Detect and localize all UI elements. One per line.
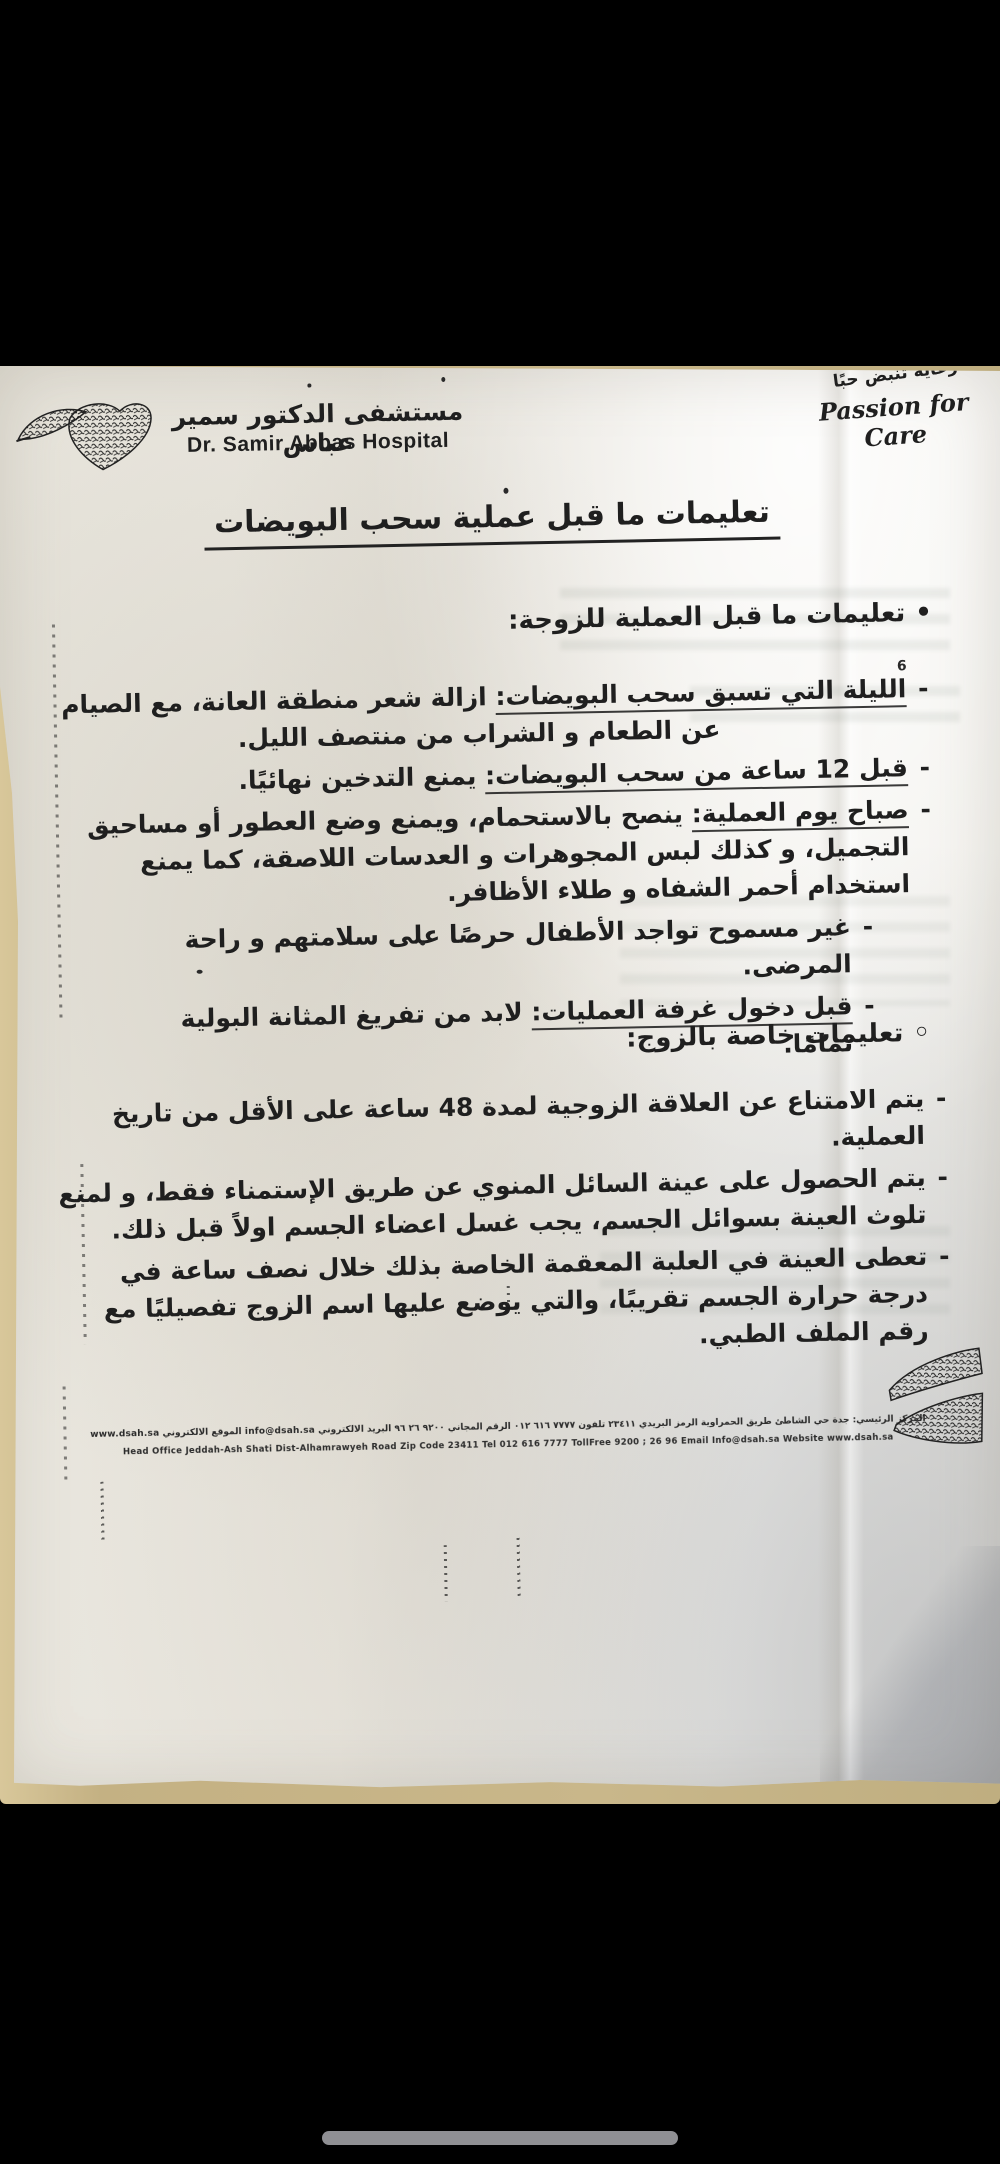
ink-dots xyxy=(444,1545,448,1601)
instruction-text: تعطى العينة في العلبة المعقمة الخاصة بذل… xyxy=(104,1242,929,1349)
dash-marker: - xyxy=(924,1079,959,1154)
dash-marker: - xyxy=(927,1237,963,1349)
stray-mark: 6 xyxy=(897,658,907,674)
dash-marker: - xyxy=(906,670,941,745)
ink-dots xyxy=(507,1286,510,1312)
section-heading-husband: ◦تعليمات خاصة بالزوج: xyxy=(626,1018,930,1054)
page-title: تعليمات ما قبل عملية سحب البويضات xyxy=(172,494,813,551)
dash-marker: - xyxy=(925,1158,960,1233)
ink-speck xyxy=(441,377,445,382)
ink-dots xyxy=(517,1538,521,1600)
instruction-text: يمنع التدخين نهائيًا. xyxy=(238,761,485,795)
hospital-slogan-english: Passion for Care xyxy=(805,386,984,456)
instruction-item: - يتم الحصول على عينة السائل المنوي عن ط… xyxy=(55,1158,961,1249)
ink-dots xyxy=(100,1482,104,1542)
instruction-item: - يتم الامتناع عن العلاقة الزوجية لمدة 4… xyxy=(53,1079,959,1170)
home-indicator[interactable] xyxy=(322,2131,678,2145)
instruction-item: - غير مسموح تواجد الأطفال حرصًا على سلام… xyxy=(105,908,886,997)
ink-speck xyxy=(307,384,311,388)
instruction-text: يتم الحصول على عينة السائل المنوي عن طري… xyxy=(58,1163,927,1245)
document-content: مستشفى الدكتور سمير عباس Dr. Samir Abbas… xyxy=(0,357,1000,1800)
instruction-item: - الليلة التي تسبق سحب البويضات: ازالة ش… xyxy=(50,670,941,761)
hospital-logo-icon xyxy=(14,393,156,491)
dash-marker: - xyxy=(908,790,944,902)
document-photo: مستشفى الدكتور سمير عباس Dr. Samir Abbas… xyxy=(0,366,1000,1790)
hospital-logo-stamp-icon xyxy=(879,1342,988,1463)
instruction-item: - صباح يوم العملية: ينصح بالاستحمام، ويم… xyxy=(52,790,944,918)
bullet-icon: • xyxy=(915,598,932,628)
dash-marker: - xyxy=(907,748,942,786)
section-heading-wife: •تعليمات ما قبل العملية للزوجة: xyxy=(508,598,932,636)
dash-marker: - xyxy=(851,908,886,983)
instruction-text: يتم الامتناع عن العلاقة الزوجية لمدة 48 … xyxy=(112,1084,926,1152)
instruction-lead: صباح يوم العملية: xyxy=(691,795,909,832)
instruction-lead: الليلة التي تسبق سحب البويضات: xyxy=(495,674,907,715)
husband-instruction-list: - يتم الامتناع عن العلاقة الزوجية لمدة 4… xyxy=(53,1079,963,1370)
instruction-lead: قبل 12 ساعة من سحب البويضات: xyxy=(485,753,908,794)
instruction-text: غير مسموح تواجد الأطفال حرصًا على سلامته… xyxy=(184,912,852,980)
ink-speck xyxy=(503,488,508,494)
bullet-icon: ◦ xyxy=(913,1018,930,1048)
